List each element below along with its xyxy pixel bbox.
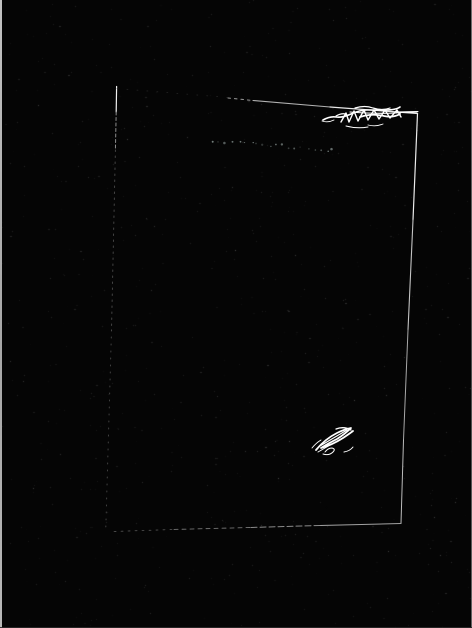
page-top-edge-mid — [253, 101, 330, 108]
faded-text-dot — [244, 142, 245, 143]
page-bottom-edge-mid — [250, 526, 320, 528]
page-right-edge-mid — [408, 220, 413, 330]
photo-of-document — [0, 0, 472, 628]
page-top-edge-dashed — [228, 98, 253, 101]
faded-text-line-dots — [212, 141, 333, 152]
page-outline-scene — [0, 0, 472, 628]
faded-text-dot — [275, 144, 277, 146]
page-right-edge-lower — [404, 330, 409, 440]
page-right-edge-bottom — [401, 440, 404, 524]
photo-border-left — [0, 0, 2, 628]
faded-text-dot — [255, 143, 257, 145]
faded-text-dot — [315, 149, 317, 151]
page-left-edge-dotted-lower — [106, 330, 112, 528]
faded-text-dot — [327, 151, 329, 153]
faded-text-dot — [299, 146, 300, 147]
signature-scribble — [312, 428, 353, 455]
top-right-scribble — [322, 107, 418, 128]
page-left-edge-dotted — [112, 150, 116, 330]
faded-text-dot — [281, 143, 283, 145]
faded-text-dot — [320, 149, 322, 151]
faded-text-dot — [293, 148, 295, 150]
faded-text-dot — [253, 142, 254, 143]
page-right-edge-top — [413, 114, 418, 221]
faded-text-dot — [223, 142, 226, 145]
faded-text-dot — [240, 141, 242, 143]
page-outline — [106, 87, 418, 532]
page-bottom-edge-dashed — [172, 528, 250, 530]
faded-text-dot — [217, 141, 219, 143]
faded-text-dot — [330, 148, 333, 151]
page-top-edge-invisible — [117, 89, 228, 98]
page-left-edge-fade — [115, 112, 116, 150]
page-bottom-edge-faint — [114, 530, 172, 532]
faded-text-dot — [288, 147, 290, 149]
faded-text-dot — [261, 144, 263, 146]
faded-text-dot — [308, 148, 309, 149]
page-bottom-edge-right — [320, 524, 401, 526]
faded-text-dot — [232, 141, 234, 143]
faded-text-dot — [270, 146, 271, 147]
faded-text-dot — [212, 141, 214, 143]
